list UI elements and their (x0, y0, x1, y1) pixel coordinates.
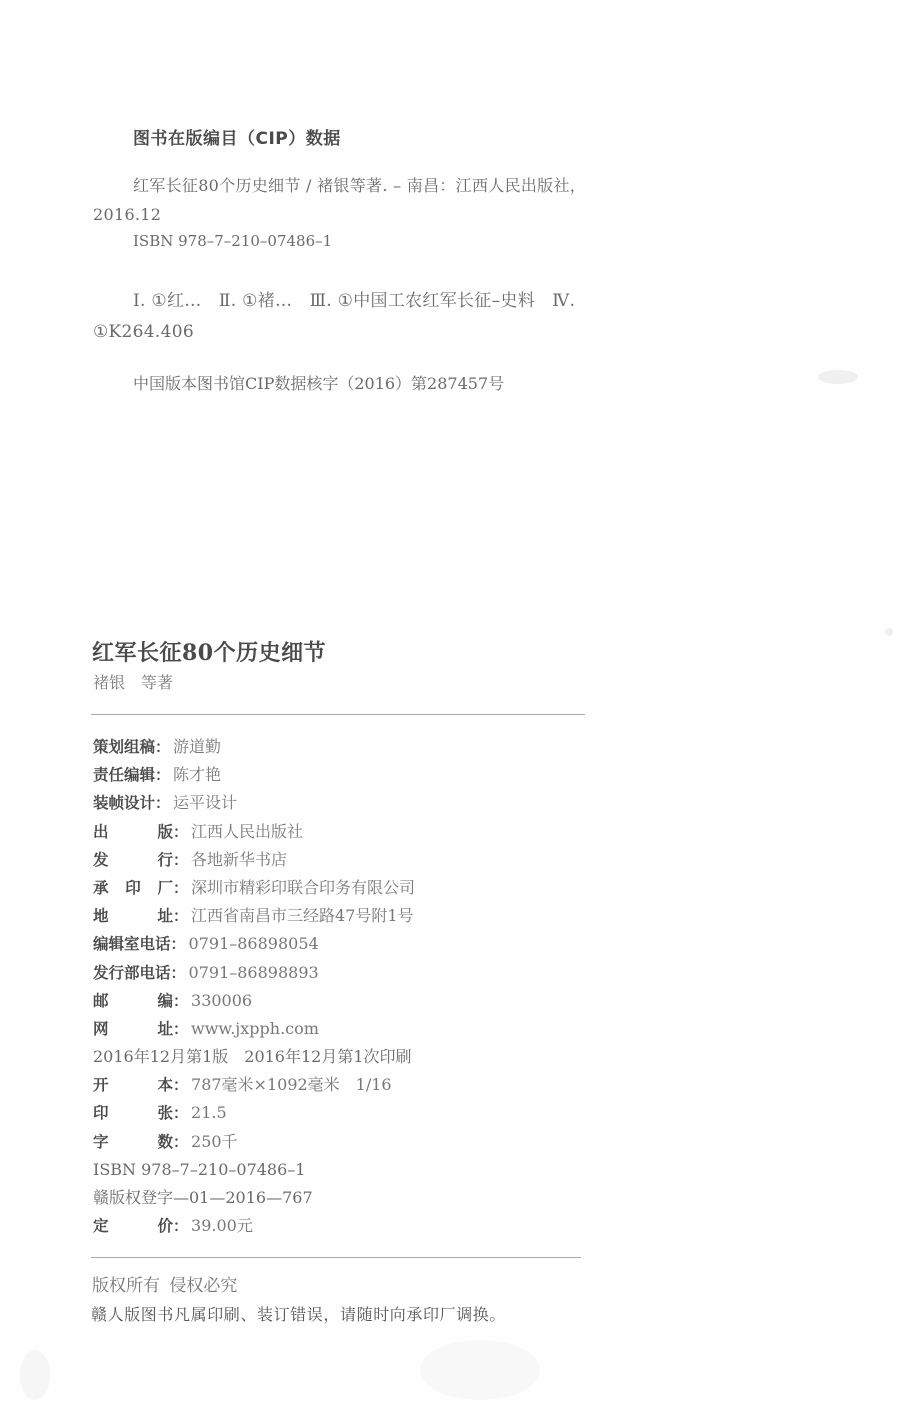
cip-heading: 图书在版编目（CIP）数据 (133, 124, 341, 149)
colon: ： (155, 794, 170, 812)
credit-value: 江西人民出版社 (191, 822, 303, 841)
colon: ： (173, 1076, 188, 1094)
credit-label: 字数 (93, 1128, 173, 1156)
credit-row-publisher: 出版：江西人民出版社 (93, 818, 613, 846)
colon: ： (173, 907, 188, 925)
credit-row-distributor: 发行：各地新华书店 (93, 846, 613, 874)
credit-label: 策划组稿 (93, 733, 155, 761)
credit-label: 编辑室电话 (93, 930, 171, 958)
colon: ： (173, 879, 188, 897)
divider-bottom (91, 1257, 581, 1258)
credit-row-registration: 赣版权登字—01—2016—767 (93, 1184, 613, 1212)
credit-label: 发行 (93, 846, 173, 874)
book-title: 红军长征80个历史细节 (92, 636, 326, 667)
credit-row-editor: 责任编辑：陈才艳 (93, 761, 613, 789)
credit-value: 赣版权登字—01—2016—767 (93, 1188, 313, 1207)
credit-label: 印张 (93, 1099, 173, 1127)
colon: ： (173, 1104, 188, 1122)
credit-label: 网址 (93, 1015, 173, 1043)
colon: ： (171, 935, 186, 953)
copyright-page: 图书在版编目（CIP）数据 红军长征80个历史细节 / 褚银等著. – 南昌：江… (0, 0, 923, 1404)
credit-value: ISBN 978–7–210–07486–1 (93, 1160, 305, 1179)
colon: ： (173, 823, 188, 841)
credit-value: 各地新华书店 (191, 850, 287, 869)
credit-value: 39.00元 (191, 1216, 253, 1235)
colon: ： (171, 964, 186, 982)
divider-top (91, 714, 585, 715)
credit-row-address: 地址：江西省南昌市三经路47号附1号 (93, 902, 613, 930)
credit-label: 责任编辑 (93, 761, 155, 789)
cip-isbn: ISBN 978–7–210–07486–1 (133, 232, 332, 250)
credit-label: 地址 (93, 902, 173, 930)
colon: ： (155, 766, 170, 784)
credit-row-website: 网址：www.jxpph.com (93, 1015, 613, 1043)
credit-row-printer: 承印厂：深圳市精彩印联合印务有限公司 (93, 874, 613, 902)
credit-row-format: 开本：787毫米×1092毫米 1/16 (93, 1071, 613, 1099)
scan-speck (818, 370, 858, 384)
credit-value: 陈才艳 (173, 765, 221, 784)
credit-value: 787毫米×1092毫米 1/16 (191, 1075, 392, 1094)
credit-value: 运平设计 (173, 793, 237, 812)
copyright-statement: 版权所有 侵权必究 (92, 1271, 237, 1296)
colon: ： (173, 992, 188, 1010)
credit-value: 2016年12月第1版 2016年12月第1次印刷 (93, 1047, 412, 1066)
credit-row-price: 定价：39.00元 (93, 1212, 613, 1240)
scan-speck (420, 1340, 540, 1400)
colon: ： (173, 1020, 188, 1038)
colon: ： (173, 1133, 188, 1151)
credit-label: 发行部电话 (93, 959, 171, 987)
exchange-notice: 赣人版图书凡属印刷、装订错误，请随时向承印厂调换。 (91, 1302, 506, 1325)
scan-speck (885, 628, 893, 636)
credit-value: 250千 (191, 1132, 238, 1151)
credit-label: 装帧设计 (93, 789, 155, 817)
credit-row-edition: 2016年12月第1版 2016年12月第1次印刷 (93, 1043, 613, 1071)
book-author: 褚银 等著 (93, 670, 173, 693)
credit-value: 21.5 (191, 1103, 227, 1122)
credit-value: 游道勤 (173, 737, 221, 756)
credit-row-wordcount: 字数：250千 (93, 1128, 613, 1156)
credit-label: 邮编 (93, 987, 173, 1015)
credit-row-design: 装帧设计：运平设计 (93, 789, 613, 817)
credit-value: www.jxpph.com (191, 1019, 319, 1038)
credit-row-sales-phone: 发行部电话：0791–86898893 (93, 959, 613, 987)
credit-row-sheets: 印张：21.5 (93, 1099, 613, 1127)
credits-list: 策划组稿：游道勤 责任编辑：陈才艳 装帧设计：运平设计 出版：江西人民出版社 发… (93, 733, 613, 1240)
credit-label: 定价 (93, 1212, 173, 1240)
credit-label: 出版 (93, 818, 173, 846)
colon: ： (173, 851, 188, 869)
colon: ： (155, 738, 170, 756)
credit-row-planner: 策划组稿：游道勤 (93, 733, 613, 761)
cip-citation: 红军长征80个历史细节 / 褚银等著. – 南昌：江西人民出版社，2016.12 (93, 171, 593, 229)
credit-value: 深圳市精彩印联合印务有限公司 (191, 878, 415, 897)
colon: ： (173, 1217, 188, 1235)
credit-row-editorial-phone: 编辑室电话：0791–86898054 (93, 930, 613, 958)
cip-subjects: Ⅰ. ①红… Ⅱ. ①褚… Ⅲ. ①中国工农红军长征–史料 Ⅳ. ①K264.4… (93, 286, 593, 348)
credit-row-postcode: 邮编：330006 (93, 987, 613, 1015)
credit-row-isbn: ISBN 978–7–210–07486–1 (93, 1156, 613, 1184)
credit-value: 0791–86898893 (189, 963, 319, 982)
credit-value: 0791–86898054 (189, 934, 319, 953)
credit-label: 承印厂 (93, 874, 173, 902)
credit-label: 开本 (93, 1071, 173, 1099)
scan-speck (20, 1350, 50, 1400)
credit-value: 江西省南昌市三经路47号附1号 (191, 906, 414, 925)
cip-number: 中国版本图书馆CIP数据核字（2016）第287457号 (133, 371, 504, 394)
credit-value: 330006 (191, 991, 252, 1010)
